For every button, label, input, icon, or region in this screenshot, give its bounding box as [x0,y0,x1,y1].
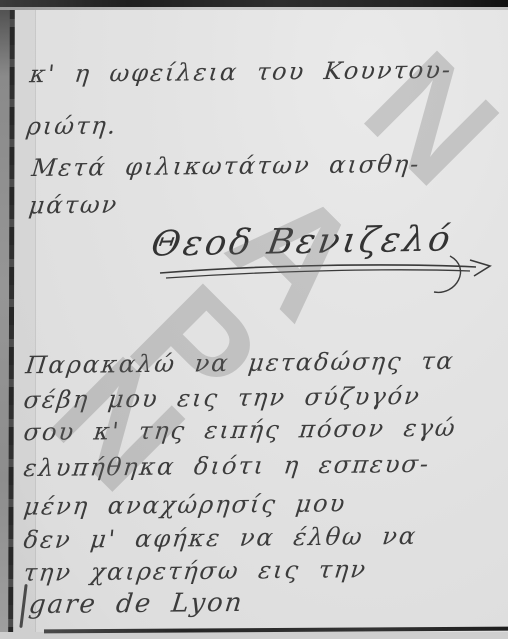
handwriting-line: ριώτη. [25,112,119,141]
handwriting-line: την χαιρετήσω εις την [22,555,368,587]
scanned-letter-page: Ν Α Ρ Ν κ' η ωφείλεια του Κουντου- ριώτη… [0,0,508,639]
scan-top-edge-shadow [0,7,508,10]
handwriting-line: gare de Lyon [27,588,245,620]
handwriting-line: δεν μ' αφήκε να έλθω να [22,522,419,554]
scan-top-edge [0,0,508,7]
handwriting-line: μάτων [27,191,120,220]
